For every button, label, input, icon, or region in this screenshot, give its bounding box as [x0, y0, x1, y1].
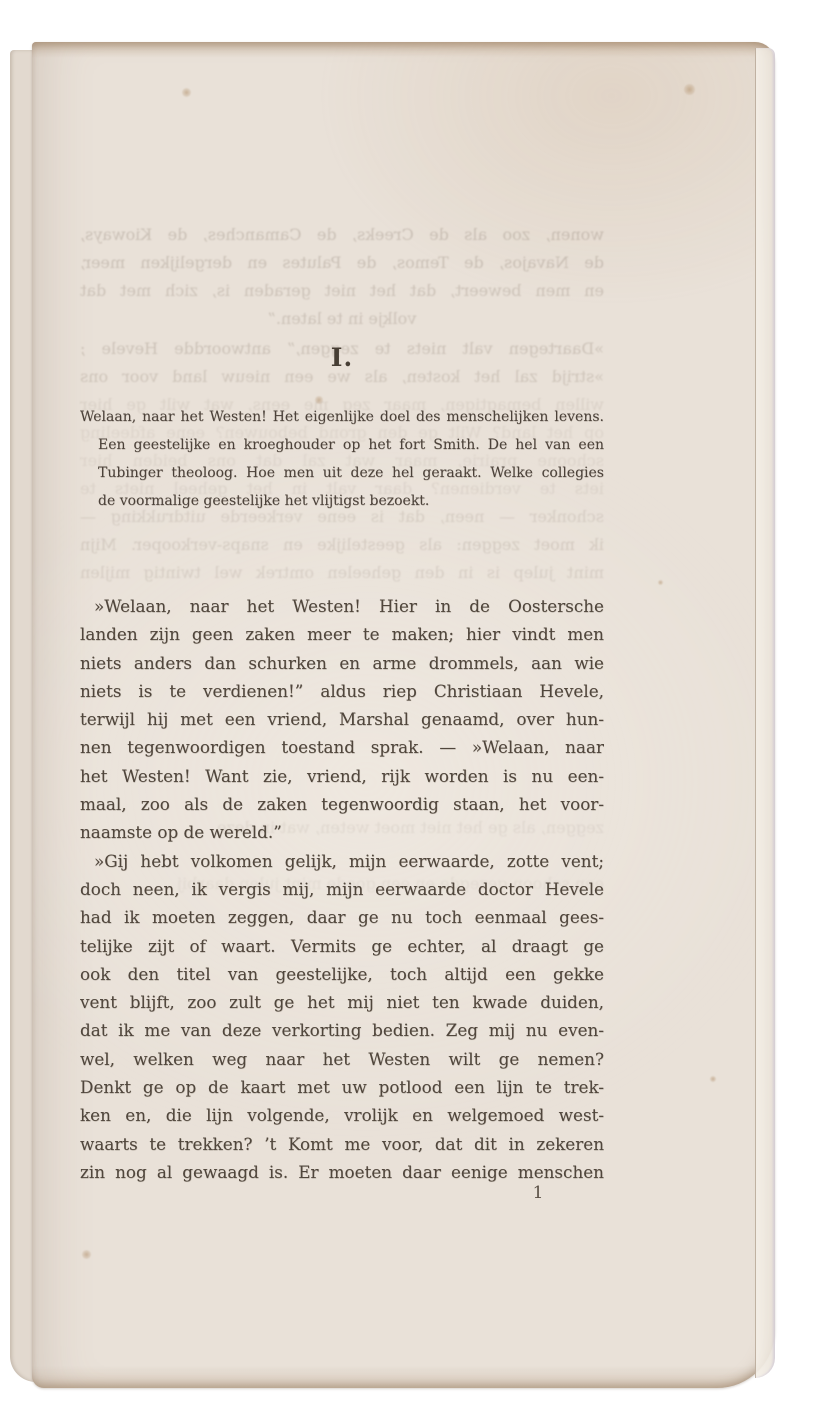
text-line: telijke zijt of waart. Vermits ge echter…	[80, 932, 604, 960]
chapter-number-heading: I.	[80, 343, 604, 372]
text-line: vent blijft, zoo zult ge het mij niet te…	[80, 988, 604, 1016]
body-text-block: »Welaan, naar het Westen! Hier in de Oos…	[80, 592, 604, 1186]
text-line: terwijl hij met een vriend, Marshal gena…	[80, 705, 604, 733]
text-line: dat ik me van deze verkorting bedien. Ze…	[80, 1016, 604, 1044]
text-line: landen zijn geen zaken meer te maken; hi…	[80, 620, 604, 648]
text-line: waarts te trekken? ’t Komt me voor, dat …	[80, 1130, 604, 1158]
text-line: niets is te verdienen!” aldus riep Chris…	[80, 677, 604, 705]
fore-edge-strip	[755, 48, 775, 1378]
text-line: Welaan, naar het Westen! Het eigenlijke …	[80, 403, 604, 431]
printed-text-layer: I. Welaan, naar het Westen! Het eigenlij…	[32, 42, 775, 1388]
text-line: »Welaan, naar het Westen! Hier in de Oos…	[80, 592, 604, 620]
text-line: ken en, die lijn volgende, vrolijk en we…	[80, 1101, 604, 1129]
book-page: wonen, zoo als de Creeks, de Camanches, …	[32, 42, 775, 1388]
text-line: het Westen! Want zie, vriend, rijk worde…	[80, 762, 604, 790]
text-line: ook den titel van geestelijke, toch alti…	[80, 960, 604, 988]
text-line: »Gij hebt volkomen gelijk, mijn eerwaard…	[80, 847, 604, 875]
text-line: zin nog al gewaagd is. Er moeten daar ee…	[80, 1158, 604, 1186]
page-number: 1	[518, 1183, 558, 1203]
text-line: naamste op de wereld.”	[80, 818, 604, 846]
text-line: Een geestelijke en kroeghouder op het fo…	[80, 431, 604, 459]
scanned-book-photo: wonen, zoo als de Creeks, de Camanches, …	[0, 0, 816, 1417]
text-line: niets anders dan schurken en arme dromme…	[80, 649, 604, 677]
text-line: de voormalige geestelijke het vlijtigst …	[80, 487, 604, 515]
text-line: nen tegenwoordigen toestand sprak. — »We…	[80, 733, 604, 761]
text-line: doch neen, ik vergis mij, mijn eerwaarde…	[80, 875, 604, 903]
text-line: Denkt ge op de kaart met uw potlood een …	[80, 1073, 604, 1101]
text-line: wel, welken weg naar het Westen wilt ge …	[80, 1045, 604, 1073]
text-line: maal, zoo als de zaken tegenwoordig staa…	[80, 790, 604, 818]
text-line: had ik moeten zeggen, daar ge nu toch ee…	[80, 903, 604, 931]
chapter-summary: Welaan, naar het Westen! Het eigenlijke …	[80, 403, 604, 515]
text-line: Tubinger theoloog. Hoe men uit deze hel …	[80, 459, 604, 487]
